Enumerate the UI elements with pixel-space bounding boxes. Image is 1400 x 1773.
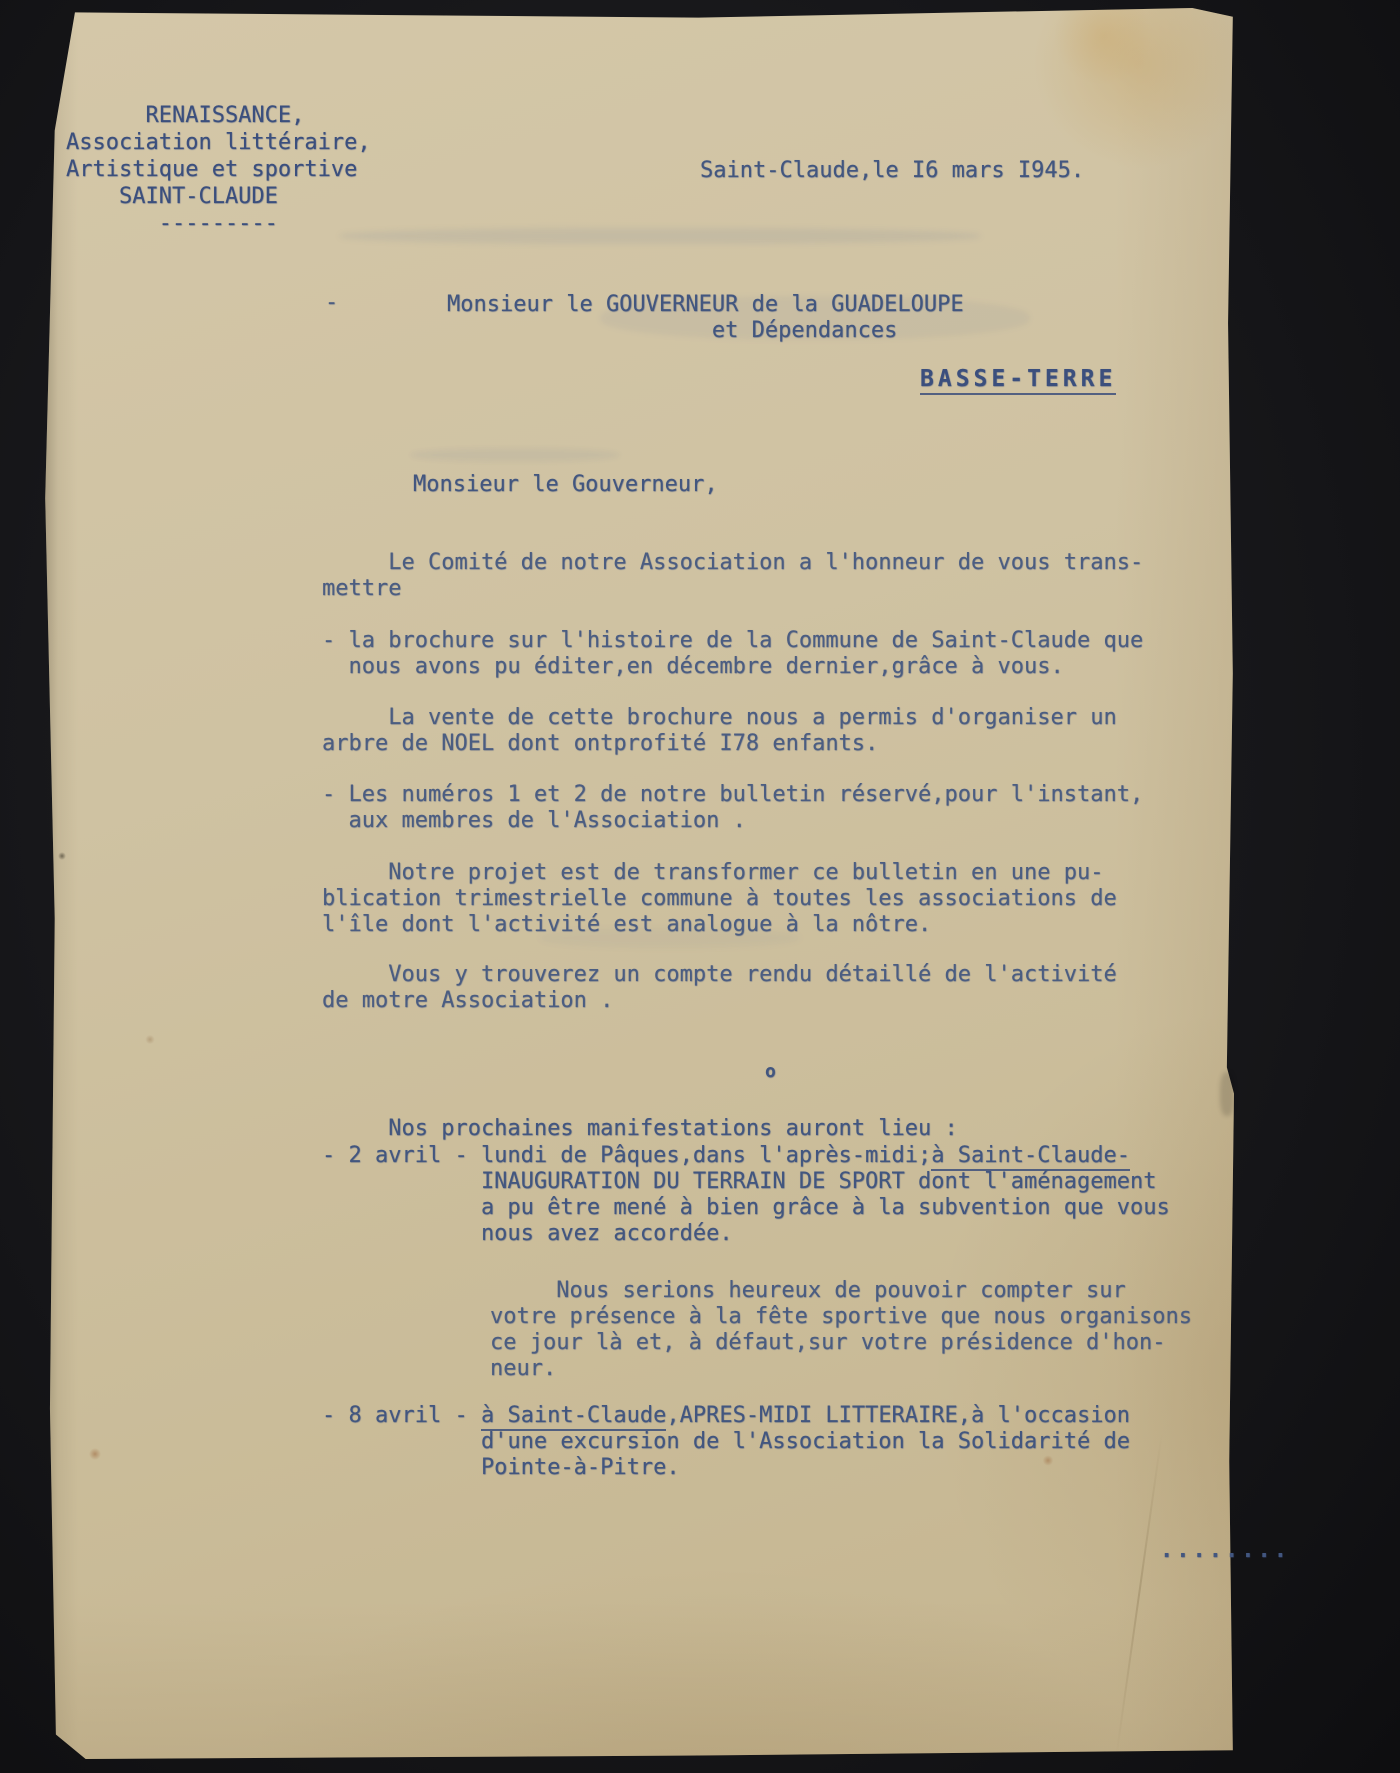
separator-mark: o [765,1061,776,1082]
ink-bleed-smudge [410,448,620,462]
body-line: - Les numéros 1 et 2 de notre bulletin r… [322,782,1143,808]
letterhead-org-name: RENAISSANCE, [66,102,371,129]
body-line: Le Comité de notre Association a l'honne… [322,550,1143,576]
body-line: - la brochure sur l'histoire de la Commu… [322,628,1143,654]
paragraph-compte-rendu: Vous y trouverez un compte rendu détaill… [322,962,1117,1014]
ink-bleed-smudge [340,228,980,244]
footer-dots-text: ........ [1160,1538,1290,1563]
event-line: a pu être mené à bien grâce à la subvent… [322,1195,1170,1221]
event-line-text: - 2 avril - lundi de Pâques,dans l'après… [322,1143,931,1168]
recipient-city: BASSE-TERRE [920,366,1116,393]
event-8-april: - 8 avril - à Saint-Claude,APRES-MIDI LI… [322,1403,1130,1481]
dateline: Saint-Claude,le I6 mars I945. [700,158,1084,184]
body-line: Notre projet est de transformer ce bulle… [322,860,1117,886]
body-line: ce jour là et, à défaut,sur votre présid… [490,1330,1192,1356]
stray-mark: - [325,290,338,316]
paragraph-projet: Notre projet est de transformer ce bulle… [322,860,1117,938]
dateline-text: Saint-Claude,le I6 mars I945. [700,158,1084,184]
invitation-note: Nous serions heureux de pouvoir compter … [490,1278,1192,1382]
body-line: votre présence à la fête sportive que no… [490,1304,1192,1330]
event-line: nous avez accordée. [322,1221,1170,1247]
event-line: Pointe-à-Pitre. [322,1455,1130,1481]
body-line: nous avons pu éditer,en décembre dernier… [322,654,1143,680]
event-line: INAUGURATION DU TERRAIN DE SPORT dont l'… [322,1169,1170,1195]
body-line: arbre de NOEL dont ontprofité I78 enfant… [322,731,1117,757]
body-line: neur. [490,1356,1192,1382]
recipient-city-text: BASSE-TERRE [920,366,1116,395]
event-location-underlined: à Saint-Claude [481,1403,666,1431]
foxing-stain [88,1448,102,1460]
events-intro-text: Nos prochaines manifestations auront lie… [322,1116,958,1142]
letterhead-line: Association littéraire, [66,129,371,156]
body-line: mettre [322,576,1143,602]
event-line: d'une excursion de l'Association la Soli… [322,1429,1130,1455]
recipient-line: Monsieur le GOUVERNEUR de la GUADELOUPE [447,292,964,318]
letterhead: RENAISSANCE, Association littéraire, Art… [66,102,371,237]
section-separator: o [765,1058,776,1085]
body-line: Nous serions heureux de pouvoir compter … [490,1278,1192,1304]
letterhead-line: Artistique et sportive [66,156,371,183]
stray-dash: - [325,290,338,316]
paragraph-vente: La vente de cette brochure nous a permis… [322,705,1117,757]
events-intro: Nos prochaines manifestations auront lie… [322,1116,958,1142]
foxing-stain [58,852,66,860]
recipient-block: Monsieur le GOUVERNEUR de la GUADELOUPE … [447,292,964,344]
paragraph-transmission: Le Comité de notre Association a l'honne… [322,550,1143,602]
body-line: La vente de cette brochure nous a permis… [322,705,1117,731]
paragraph-numeros: - Les numéros 1 et 2 de notre bulletin r… [322,782,1143,834]
recipient-line: et Dépendances [447,318,964,344]
event-2-april: - 2 avril - lundi de Pâques,dans l'après… [322,1143,1170,1247]
salutation-text: Monsieur le Gouverneur, [413,472,718,498]
body-line: de motre Association . [322,988,1117,1014]
event-line: - 8 avril - à Saint-Claude,APRES-MIDI LI… [322,1403,1130,1429]
body-line: blication trimestrielle commune à toutes… [322,886,1117,912]
event-line: - 2 avril - lundi de Pâques,dans l'après… [322,1143,1170,1169]
event-location-underlined: à Saint-Claude- [931,1143,1130,1171]
letterhead-city: SAINT-CLAUDE [66,183,371,210]
foxing-stain [145,1035,155,1044]
letterhead-separator: --------- [66,210,371,237]
footer-dots: ........ [1160,1538,1290,1564]
scanned-letter-background: RENAISSANCE, Association littéraire, Art… [0,0,1400,1773]
body-line: l'île dont l'activité est analogue à la … [322,912,1117,938]
body-line: aux membres de l'Association . [322,808,1143,834]
paper-tear-shadow [1220,1072,1234,1116]
salutation: Monsieur le Gouverneur, [413,472,718,498]
event-line-text: - 8 avril - [322,1403,481,1428]
paragraph-brochure: - la brochure sur l'histoire de la Commu… [322,628,1143,680]
event-line-text: ,APRES-MIDI LITTERAIRE,à l'occasion [666,1403,1130,1428]
body-line: Vous y trouverez un compte rendu détaill… [322,962,1117,988]
